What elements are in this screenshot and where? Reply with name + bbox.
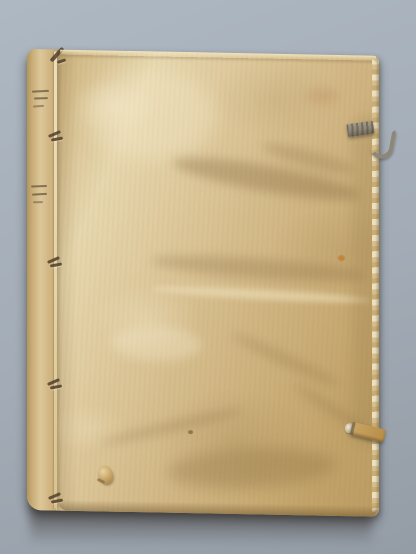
book-spine xyxy=(27,49,56,511)
tie-remnant-top-right xyxy=(347,118,399,167)
spine-ink-marks xyxy=(31,185,53,209)
tie-remnant-bottom-right xyxy=(345,422,391,447)
tie-strap xyxy=(350,422,386,443)
stain-mark xyxy=(338,255,345,261)
vellum-book xyxy=(27,49,379,517)
tie-curl xyxy=(368,125,396,161)
tie-stub xyxy=(346,121,375,138)
stain-mark xyxy=(306,88,340,104)
book-cover xyxy=(56,50,379,517)
stain-mark xyxy=(188,430,193,434)
tie-knot-bottom-left xyxy=(97,465,117,489)
spine-ink-marks xyxy=(32,90,54,114)
photo-background: Photograph of an antique limp-vellum bou… xyxy=(0,0,416,554)
